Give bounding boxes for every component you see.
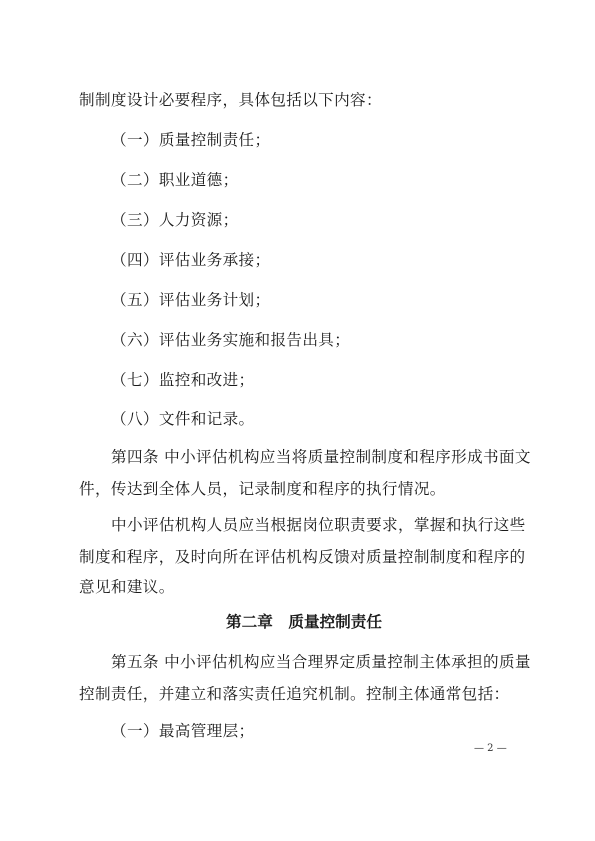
list-item: （一）最高管理层； <box>111 721 529 741</box>
list-item: （四）评估业务承接； <box>111 250 529 270</box>
article-4-line-2: 件，传达到全体人员，记录制度和程序的执行情况。 <box>79 479 529 499</box>
paragraph-2-line-2: 制度和程序，及时向所在评估机构反馈对质量控制制度和程序的 <box>79 547 529 567</box>
list-item: （五）评估业务计划； <box>111 290 529 310</box>
list-item: （一）质量控制责任； <box>111 130 529 150</box>
list-item: （二）职业道德； <box>111 170 529 190</box>
article-5-line-2: 控制责任，并建立和落实责任追究机制。控制主体通常包括： <box>79 684 529 704</box>
paragraph-continuation: 制制度设计必要程序，具体包括以下内容： <box>79 90 529 110</box>
list-item: （七）监控和改进； <box>111 370 529 390</box>
paragraph-2-line-1: 中小评估机构人员应当根据岗位职责要求，掌握和执行这些 <box>111 515 529 535</box>
page-number: — 2 — <box>474 743 507 755</box>
article-4-line-1: 第四条 中小评估机构应当将质量控制制度和程序形成书面文 <box>111 447 529 467</box>
list-item: （八）文件和记录。 <box>111 409 529 429</box>
list-item: （三）人力资源； <box>111 210 529 230</box>
paragraph-2-line-3: 意见和建议。 <box>79 577 529 597</box>
chapter-heading: 第二章 质量控制责任 <box>79 612 529 632</box>
article-5-line-1: 第五条 中小评估机构应当合理界定质量控制主体承担的质量 <box>111 652 529 672</box>
list-item: （六）评估业务实施和报告出具； <box>111 330 529 350</box>
